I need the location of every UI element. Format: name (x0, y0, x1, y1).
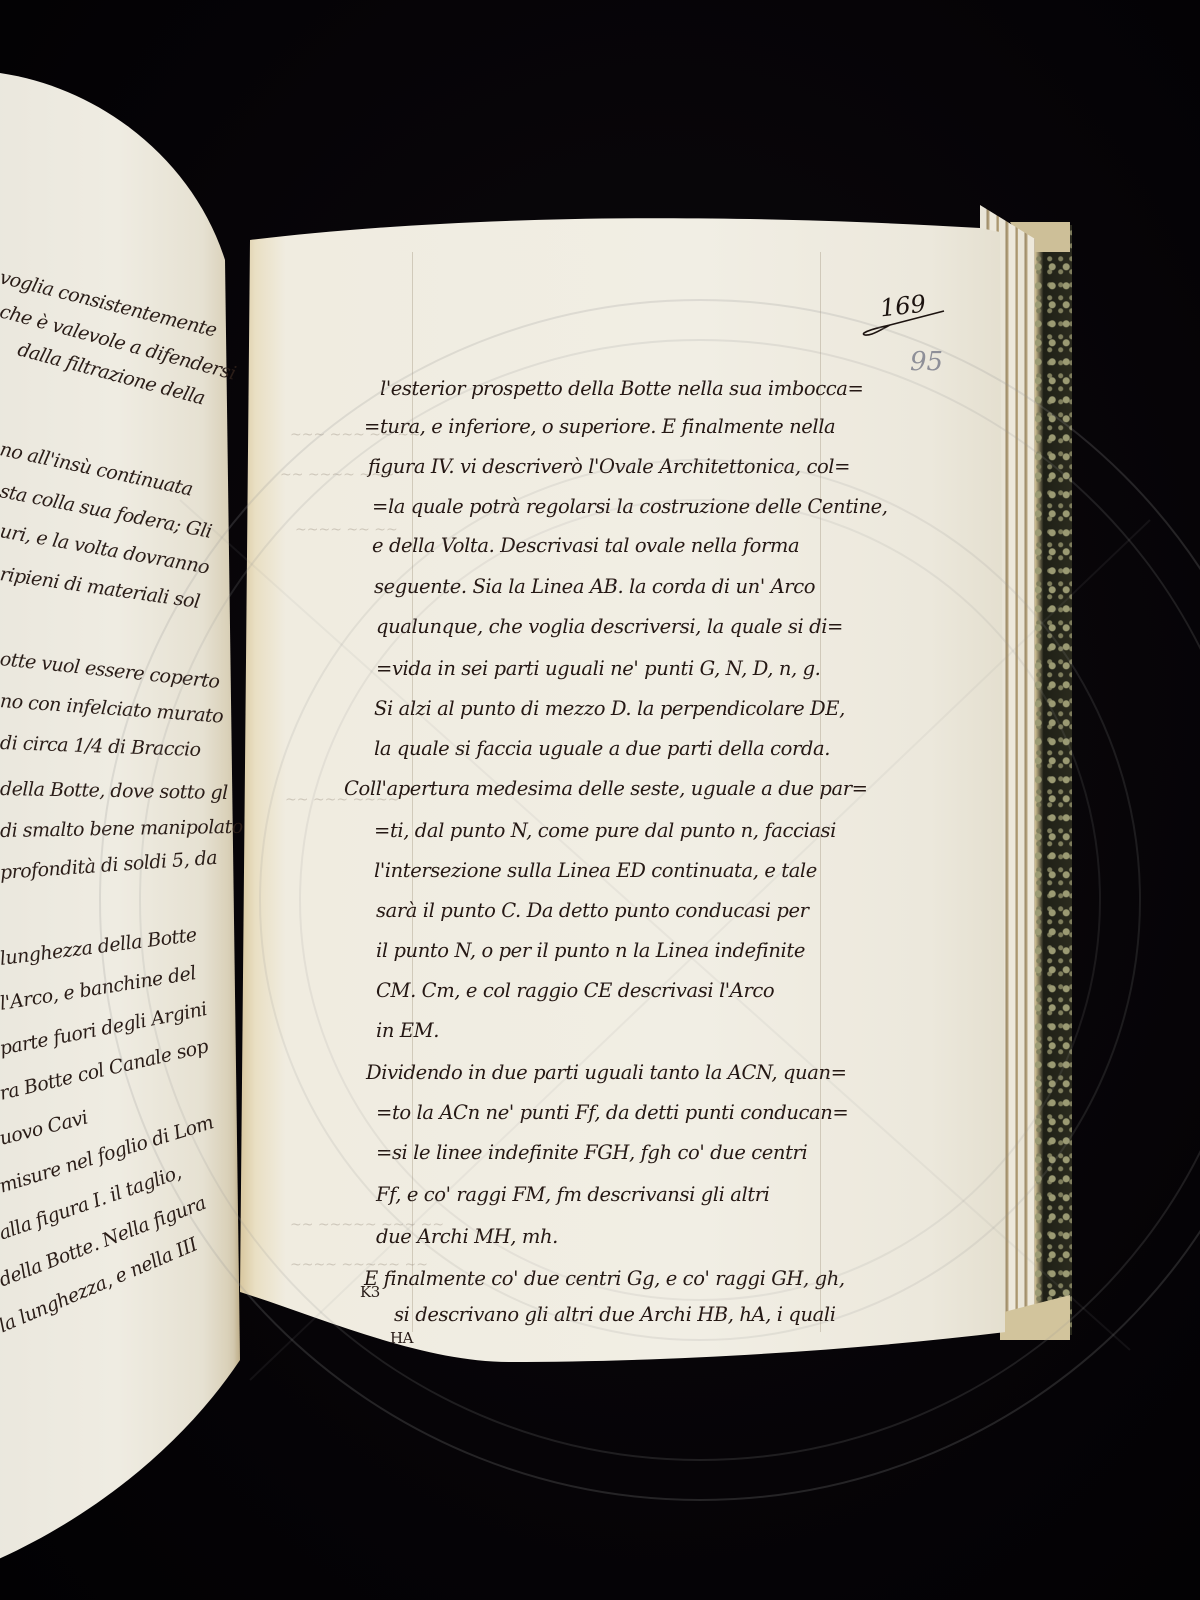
text-line: qualunque, che voglia descriversi, la qu… (376, 615, 843, 638)
left-line: della Botte, dove sotto gl (0, 780, 228, 803)
text-line: sarà il punto C. Da detto punto conducas… (376, 899, 809, 922)
manuscript-photo: voglia consistentemente che è valevole a… (0, 0, 1200, 1600)
text-line: CM. Cm, e col raggio CE descrivasi l'Arc… (376, 979, 774, 1002)
pencil-folio-number: 95 (910, 347, 943, 377)
text-line: seguente. Sia la Linea AB. la corda di u… (374, 575, 815, 598)
left-page (0, 30, 245, 1600)
interlinear-note: K3 (360, 1283, 380, 1301)
text-line: la quale si faccia uguale a due parti de… (374, 737, 830, 760)
text-line: =ti, dal punto N, come pure dal punto n,… (374, 819, 836, 842)
text-line: Coll'apertura medesima delle seste, ugua… (344, 777, 868, 800)
text-line: =tura, e inferiore, o superiore. E final… (364, 415, 835, 438)
left-line: di smalto bene manipolato (0, 818, 243, 841)
text-line: =si le linee indefinite FGH, fgh co' due… (376, 1141, 807, 1164)
text-line: in EM. (376, 1019, 439, 1042)
text-line: l'esterior prospetto della Botte nella s… (380, 377, 863, 400)
text-line: il punto N, o per il punto n la Linea in… (376, 939, 805, 962)
right-page: ~~~ ~~~ ~~ ~~ ~~ ~~~~ ~~~ ~~~~ ~~ ~~ ~~ … (240, 212, 1005, 1362)
text-line: si descrivano gli altri due Archi HB, hA… (394, 1303, 836, 1326)
text-line: e della Volta. Descrivasi tal ovale nell… (372, 534, 799, 557)
text-line: =la quale potrà regolarsi la costruzione… (372, 495, 888, 518)
text-line: E finalmente co' due centri Gg, e co' ra… (364, 1267, 845, 1290)
interlinear-note: HA (390, 1329, 413, 1347)
right-page-block: ~~~ ~~~ ~~ ~~ ~~ ~~~~ ~~~ ~~~~ ~~ ~~ ~~ … (240, 185, 1070, 1385)
page-number-flourish-icon (860, 307, 945, 337)
text-line: figura IV. vi descriverò l'Ovale Archite… (368, 455, 850, 478)
text-line: =vida in sei parti uguali ne' punti G, N… (376, 657, 820, 680)
text-line: due Archi MH, mh. (376, 1225, 558, 1248)
text-line: Si alzi al punto di mezzo D. la perpendi… (374, 697, 845, 720)
text-line: Ff, e co' raggi FM, fm descrivansi gli a… (376, 1183, 770, 1206)
text-line: l'intersezione sulla Linea ED continuata… (374, 859, 817, 882)
text-line: =to la ACn ne' punti Ff, da detti punti … (376, 1101, 848, 1124)
text-line: Dividendo in due parti uguali tanto la A… (366, 1061, 847, 1084)
